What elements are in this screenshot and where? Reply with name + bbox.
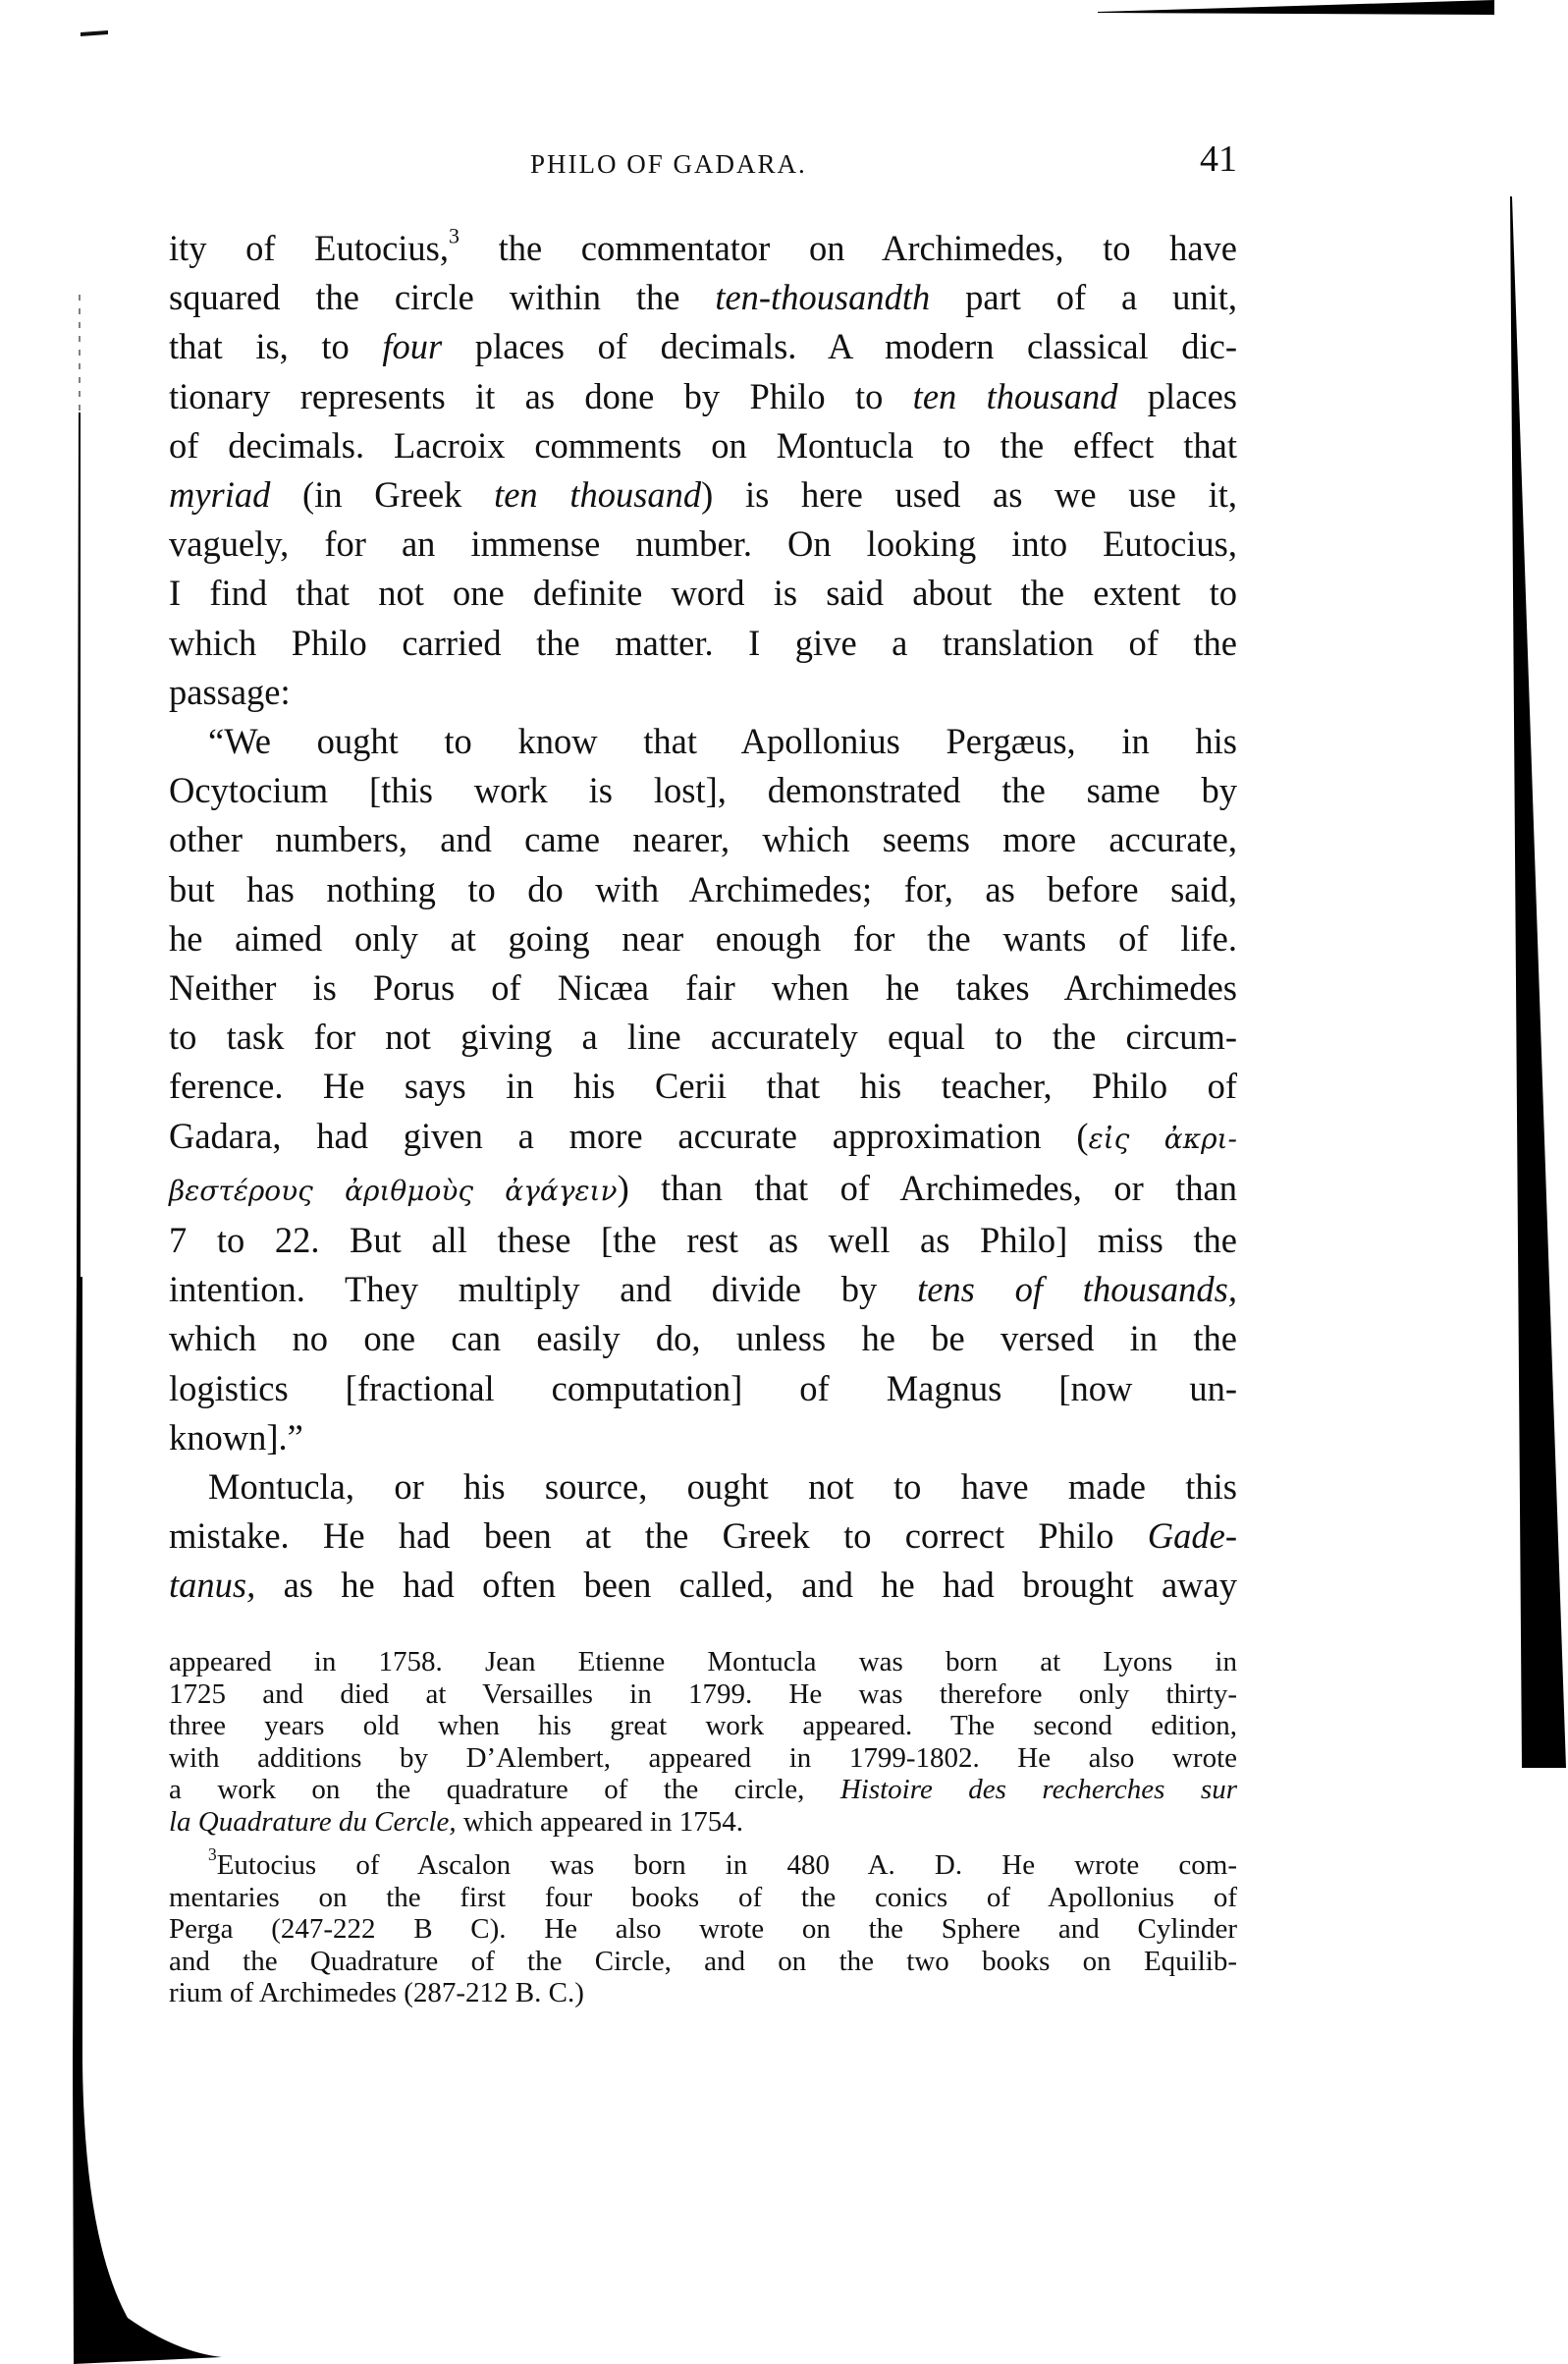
text-line: but has nothing to do with Archimedes; f…	[169, 865, 1237, 914]
footnote-line: with additions by D’Alembert, appeared i…	[169, 1742, 1237, 1775]
text-line: tionary represents it as done by Philo t…	[169, 372, 1237, 421]
text-line: myriad (in Greek ten thousand) is here u…	[169, 470, 1237, 520]
text-line: Neither is Porus of Nicæa fair when he t…	[169, 963, 1237, 1013]
text-line: known].”	[169, 1413, 1237, 1462]
text-line: I find that not one definite word is sai…	[169, 569, 1237, 618]
running-head: PHILO OF GADARA. 41	[167, 137, 1237, 196]
text-line: Gadara, had given a more accurate approx…	[169, 1112, 1237, 1164]
text-line: passage:	[169, 668, 1237, 717]
text-line: mistake. He had been at the Greek to cor…	[169, 1512, 1237, 1561]
text-line: “We ought to know that Apollonius Pergæu…	[169, 717, 1237, 766]
emphasis: la Quadrature du Cercle,	[169, 1806, 457, 1838]
footnote-line: and the Quadrature of the Circle, and on…	[169, 1946, 1237, 1978]
scan-edge-top-bar	[1098, 0, 1494, 15]
text-line: vaguely, for an immense number. On looki…	[169, 520, 1237, 569]
text-line: to task for not giving a line accurately…	[169, 1013, 1237, 1062]
text-line: Ocytocium [this work is lost], demonstra…	[169, 766, 1237, 815]
text-line: which Philo carried the matter. I give a…	[169, 619, 1237, 668]
greek-text: βεστέρους ἀριθμοὺς ἀγάγειν	[169, 1175, 618, 1207]
scan-edge-right-wedge	[1492, 187, 1568, 1778]
emphasis: ten thousand	[494, 474, 701, 515]
footnote-ref-3[interactable]: 3	[449, 223, 460, 247]
text-line: he aimed only at going near enough for t…	[169, 914, 1237, 963]
emphasis: four	[382, 326, 442, 366]
text-line: squared the circle within the ten-thousa…	[169, 273, 1237, 322]
footnote-line: mentaries on the first four books of the…	[169, 1882, 1237, 1914]
paragraph-montucla: Montucla, or his source, ought not to ha…	[169, 1462, 1237, 1611]
footnote-line: 1725 and died at Versailles in 1799. He …	[169, 1678, 1237, 1711]
text-line: ference. He says in his Cerii that his t…	[169, 1062, 1237, 1111]
text-line: which no one can easily do, unless he be…	[169, 1314, 1237, 1363]
footnote-line: Perga (247-222 B C). He also wrote on th…	[169, 1913, 1237, 1946]
footnote-line: a work on the quadrature of the circle, …	[169, 1774, 1237, 1806]
footnote-3: 3Eutocius of Ascalon was born in 480 A. …	[169, 1849, 1237, 2009]
footnote-marker: 3	[208, 1844, 217, 1864]
body-text: ity of Eutocius,3 the commentator on Arc…	[169, 224, 1237, 1611]
text-line: Montucla, or his source, ought not to ha…	[169, 1462, 1237, 1512]
footnote-line: la Quadrature du Cercle, which appeared …	[169, 1806, 1237, 1839]
footnote-line: three years old when his great work appe…	[169, 1710, 1237, 1742]
footnotes: appeared in 1758. Jean Etienne Montucla …	[169, 1646, 1237, 2009]
emphasis: Histoire des recherches sur	[840, 1774, 1237, 1805]
emphasis: tens of thousands,	[917, 1269, 1237, 1309]
emphasis: Gade-	[1148, 1515, 1237, 1556]
text-line: βεστέρους ἀριθμοὺς ἀγάγειν) than that of…	[169, 1164, 1237, 1216]
text-line: 7 to 22. But all these [the rest as well…	[169, 1216, 1237, 1265]
text-line: that is, to four places of decimals. A m…	[169, 322, 1237, 371]
footnote-line: 3Eutocius of Ascalon was born in 480 A. …	[169, 1849, 1237, 1882]
footnote-line: rium of Archimedes (287-212 B. C.)	[169, 1977, 1237, 2009]
emphasis: ten thousand	[913, 376, 1118, 416]
text-line: tanus, as he had often been called, and …	[169, 1561, 1237, 1610]
text-line: ity of Eutocius,3 the commentator on Arc…	[169, 224, 1237, 273]
text-line: intention. They multiply and divide by t…	[169, 1265, 1237, 1314]
text-line: of decimals. Lacroix comments on Montucl…	[169, 421, 1237, 470]
paragraph-eutocius: ity of Eutocius,3 the commentator on Arc…	[169, 224, 1237, 717]
block-quote-eutocius: “We ought to know that Apollonius Pergæu…	[169, 717, 1237, 1462]
greek-text: εἰς ἀκρι-	[1089, 1123, 1237, 1155]
emphasis: ten-thousandth	[715, 277, 930, 317]
emphasis: myriad	[169, 474, 270, 515]
emphasis: tanus,	[169, 1565, 255, 1605]
text-line: other numbers, and came nearer, which se…	[169, 815, 1237, 864]
text-line: logistics [fractional computation] of Ma…	[169, 1364, 1237, 1413]
page-number: 41	[1200, 137, 1237, 181]
footnote-continued: appeared in 1758. Jean Etienne Montucla …	[169, 1646, 1237, 1838]
footnote-line: appeared in 1758. Jean Etienne Montucla …	[169, 1646, 1237, 1678]
running-title: PHILO OF GADARA.	[530, 149, 807, 180]
